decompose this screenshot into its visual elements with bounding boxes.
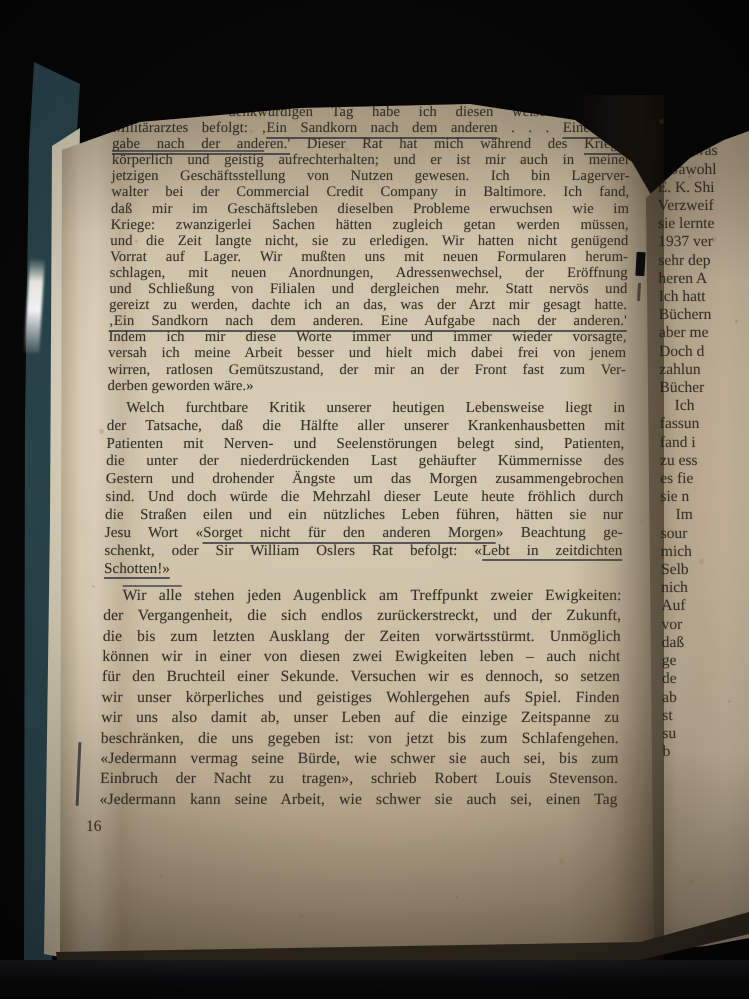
photo-vignette: [0, 0, 749, 999]
book-photo: Seit jenem denkwürdigen Tag habe ich die…: [0, 0, 749, 999]
